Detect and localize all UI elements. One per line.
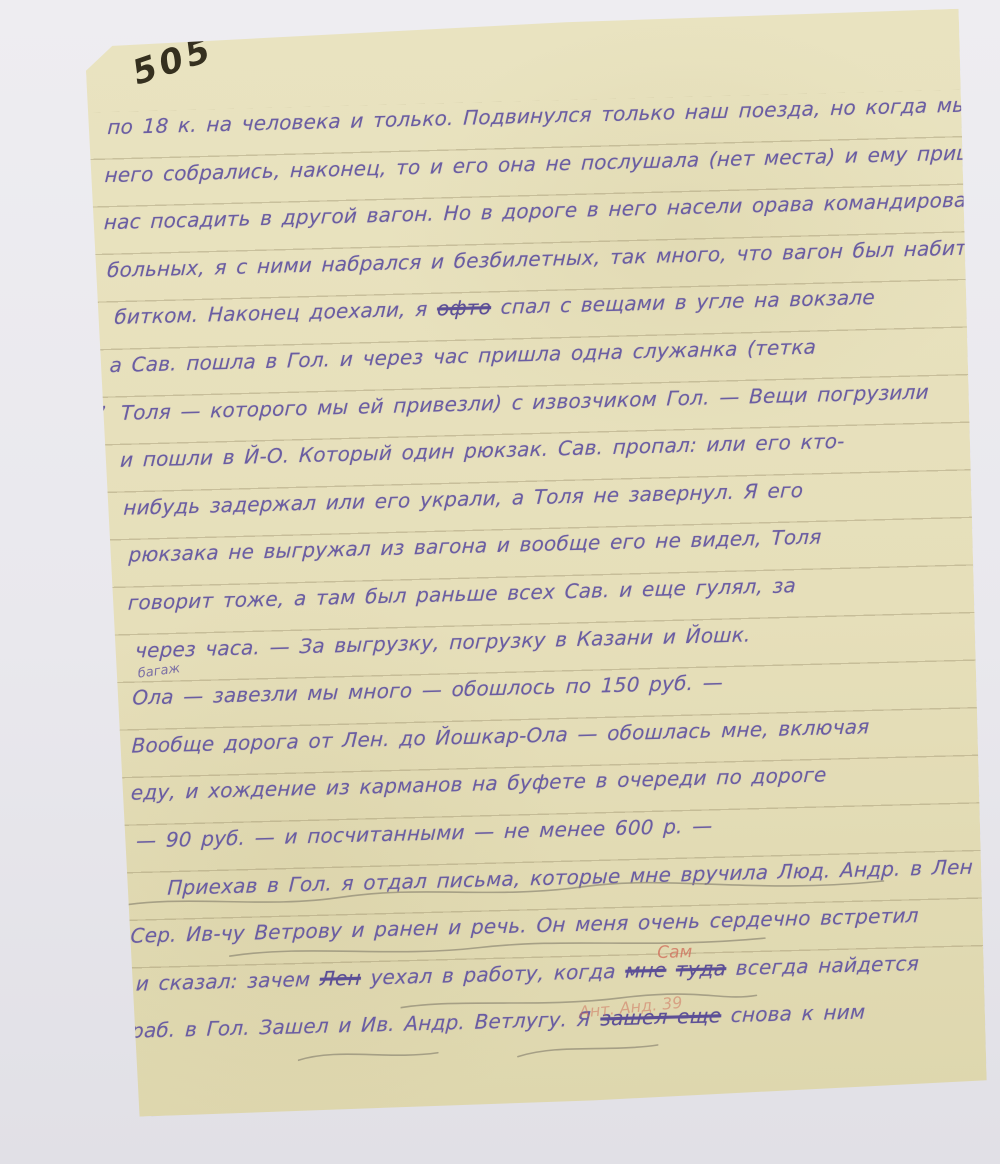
handwritten-text: рюкзака не выгружал из вагона и вообще е… — [128, 525, 822, 567]
handwritten-text: Ола — завезли мы много — обошлось по 150… — [132, 670, 724, 710]
manuscript-line-15: еду, и хождение из карманов на буфете в … — [130, 763, 827, 805]
manuscript-line-7: Толя — которого мы ей привезли) с извозч… — [120, 379, 929, 424]
manuscript-line-17: Приехав в Гол. я отдал письма, которые м… — [167, 853, 1000, 899]
manuscript-line-8: и пошли в Й-О. Который один рюкзак. Сав.… — [120, 429, 846, 472]
manuscript-line-6: а Сав. пошла в Гол. и через час пришла о… — [109, 335, 816, 378]
manuscript-line-11: говорит тоже, а там был раньше всех Сав.… — [127, 573, 796, 615]
pencil-squiggle-below-last-line — [297, 1031, 718, 1070]
handwritten-text: снова к ним — [721, 1000, 866, 1028]
handwritten-text: по 18 к. на человека и только. Подвинулс… — [107, 92, 990, 139]
handwritten-text: раб. в Гол. Зашел и Ив. Андр. Ветлугу. Я — [131, 1007, 601, 1043]
handwritten-text: через часа. — За выгрузку, погрузку в Ка… — [135, 622, 752, 662]
handwritten-text: — 90 руб. — и посчитанными — не менее 60… — [136, 813, 713, 852]
manuscript-line-2: него собрались, наконец, то и его она не… — [104, 139, 1000, 187]
handwritten-text: него собрались, наконец, то и его она не… — [104, 139, 1000, 187]
handwritten-text: битком. Наконец доехали, я — [114, 297, 438, 329]
handwritten-text: Толя — которого мы ей привезли) с извозч… — [120, 379, 929, 424]
handwritten-text: всегда найдется — [726, 951, 920, 980]
handwritten-text: спал с вещами в угле на вокзале — [491, 285, 876, 319]
handwritten-text: уехал в работу, когда — [360, 959, 625, 990]
manuscript-line-1: по 18 к. на человека и только. Подвинулс… — [107, 92, 990, 139]
handwritten-text: Приехав в Гол. я отдал письма, которые м… — [167, 854, 974, 899]
manuscript-line-12: через часа. — За выгрузку, погрузку в Ка… — [135, 622, 752, 662]
handwritten-text: а Сав. пошла в Гол. и через час пришла о… — [109, 335, 816, 378]
manuscript-line-18: Сер. Ив-чу Ветрову и ранен и речь. Он ме… — [130, 903, 919, 948]
manuscript-line-9: нибудь задержал или его украли, а Толя н… — [123, 478, 804, 520]
handwritten-text: больных, я с ними набрался и безбилетных… — [107, 235, 968, 282]
margin-ink-mark: , — [100, 389, 107, 413]
insertion-note: багаж — [137, 661, 181, 681]
manuscript-line-5: битком. Наконец доехали, я офто спал с в… — [114, 285, 876, 329]
red-pencil-word: анд — [972, 853, 1000, 878]
handwritten-text: Сер. Ив-чу Ветрову и ранен и речь. Он ме… — [130, 903, 919, 948]
manuscript-line-3: нас посадить в другой вагон. Но в дороге… — [103, 186, 1000, 234]
manuscript-line-10: рюкзака не выгружал из вагона и вообще е… — [128, 525, 822, 567]
page-number: 505 — [128, 29, 219, 93]
manuscript-lines: по 18 к. на человека и только. Подвинулс… — [85, 9, 959, 32]
photo-background: 505 по 18 к. на человека и только. Подви… — [0, 0, 1000, 1164]
handwritten-text: нибудь задержал или его украли, а Толя н… — [123, 478, 804, 520]
manuscript-line-14: Вообще дорога от Лен. до Йошкар-Ола — об… — [131, 714, 870, 757]
handwritten-text: и сказал: зачем — [135, 967, 320, 996]
handwritten-text: еду, и хождение из карманов на буфете в … — [130, 763, 827, 805]
handwritten-text: нас посадить в другой вагон. Но в дороге… — [103, 186, 1000, 234]
manuscript-line-4: больных, я с ними набрался и безбилетных… — [107, 235, 968, 282]
manuscript-line-13: Ола — завезли мы много — обошлось по 150… — [132, 670, 724, 710]
handwritten-text: Вообще дорога от Лен. до Йошкар-Ола — об… — [131, 714, 870, 757]
handwritten-text: и пошли в Й-О. Который один рюкзак. Сав.… — [120, 429, 846, 472]
red-pencil-annotation-above: Сам — [657, 942, 693, 963]
struck-word: Лен — [319, 966, 361, 991]
manuscript-page: 505 по 18 к. на человека и только. Подви… — [85, 9, 987, 1118]
handwritten-text: говорит тоже, а там был раньше всех Сав.… — [127, 573, 796, 615]
manuscript-line-20: раб. в Гол. Зашел и Ив. Андр. Ветлугу. Я… — [131, 1000, 866, 1043]
manuscript-line-16: — 90 руб. — и посчитанными — не менее 60… — [136, 813, 713, 852]
manuscript-line-19: и сказал: зачем Лен уехал в работу, когд… — [135, 951, 919, 996]
struck-word: офто — [437, 295, 492, 320]
